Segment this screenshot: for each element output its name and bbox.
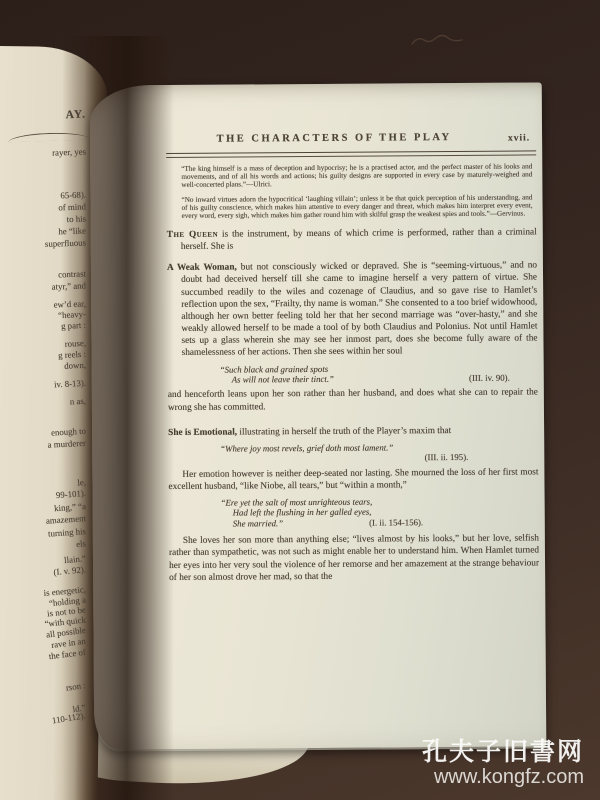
- left-page-text-fragment: superfluous: [0, 238, 86, 251]
- verse-quote-joy: “Where joy most revels, grief doth most …: [220, 441, 538, 464]
- page-number: xvii.: [508, 133, 530, 143]
- weak-woman-text: but not consciously wicked or depraved. …: [181, 261, 537, 359]
- running-head: THE CHARACTERS OF THE PLAY xvii.: [166, 131, 536, 150]
- critic-quote-ulrici: “The king himself is a mass of deception…: [181, 162, 532, 188]
- emotional-text: illustrating in herself the truth of the…: [237, 426, 451, 437]
- weak-woman-paragraph: A Weak Woman, but not consciously wicked…: [167, 260, 538, 360]
- queen-paragraph: The Queen is the instrument, by means of…: [167, 226, 537, 253]
- left-page-text-fragment: atyr,” and: [0, 281, 86, 294]
- queen-lead: The Queen: [167, 230, 218, 240]
- verse-citation: (I. ii. 154-156).: [369, 517, 423, 528]
- she-loves-paragraph: She loves her son more than anything els…: [169, 533, 539, 584]
- left-page-text-fragment: iv. 8-13).: [0, 378, 86, 392]
- verse-line: As will not leave their tinct.”: [232, 374, 334, 385]
- left-page-header-fragment: AY.: [0, 110, 86, 123]
- running-head-title: THE CHARACTERS OF THE PLAY: [166, 131, 536, 145]
- weak-woman-lead: A Weak Woman,: [167, 263, 237, 273]
- left-page-text-fragment: of mind: [0, 202, 86, 215]
- verse-quote-tinct: “Such black and grained spots As will no…: [220, 362, 538, 385]
- left-page-text-fragment: n as,: [0, 396, 86, 410]
- verse-quote-tears: “Ere yet the salt of most unrighteous te…: [221, 495, 539, 528]
- verse-line: “Where joy most revels, grief doth most …: [220, 441, 538, 454]
- watermark-url: www.kongfz.com: [422, 766, 584, 788]
- left-page-text-fragment: rayer, yes: [0, 147, 86, 160]
- critic-quote-gervinus: “No inward virtues adorn the hypocritica…: [181, 193, 532, 219]
- left-page-text-fragment: he “like: [0, 226, 86, 239]
- left-page-text-fragment: rson :: [0, 680, 86, 702]
- emotional-lead: She is Emotional,: [168, 427, 237, 437]
- header-double-rule: [166, 150, 536, 158]
- queen-text: is the instrument, by means of which cri…: [181, 227, 537, 252]
- left-page-text-fragment: 65-68).: [0, 190, 86, 203]
- verse-citation: (III. iv. 90).: [469, 373, 510, 384]
- henceforth-paragraph: and henceforth leans upon her son rather…: [168, 387, 538, 414]
- right-page-content: THE CHARACTERS OF THE PLAY xvii. “The ki…: [166, 125, 539, 583]
- verse-citation: (III. ii. 195).: [220, 452, 468, 464]
- left-page-text-fragment: to his: [0, 214, 86, 227]
- watermark: 孔夫子旧書网 www.kongfz.com: [422, 740, 584, 788]
- photo-background: { "watermark": { "site_name": "孔夫子旧書网", …: [0, 0, 600, 800]
- left-page-text-fragment: a murderer: [0, 438, 86, 452]
- left-page-text-fragment: contrast: [0, 269, 86, 282]
- watermark-site-name: 孔夫子旧書网: [422, 740, 584, 766]
- verse-line: She married.”: [233, 518, 283, 529]
- her-emotion-paragraph: Her emotion however is neither deep-seat…: [168, 466, 538, 493]
- emotional-paragraph: She is Emotional, illustrating in hersel…: [168, 424, 538, 439]
